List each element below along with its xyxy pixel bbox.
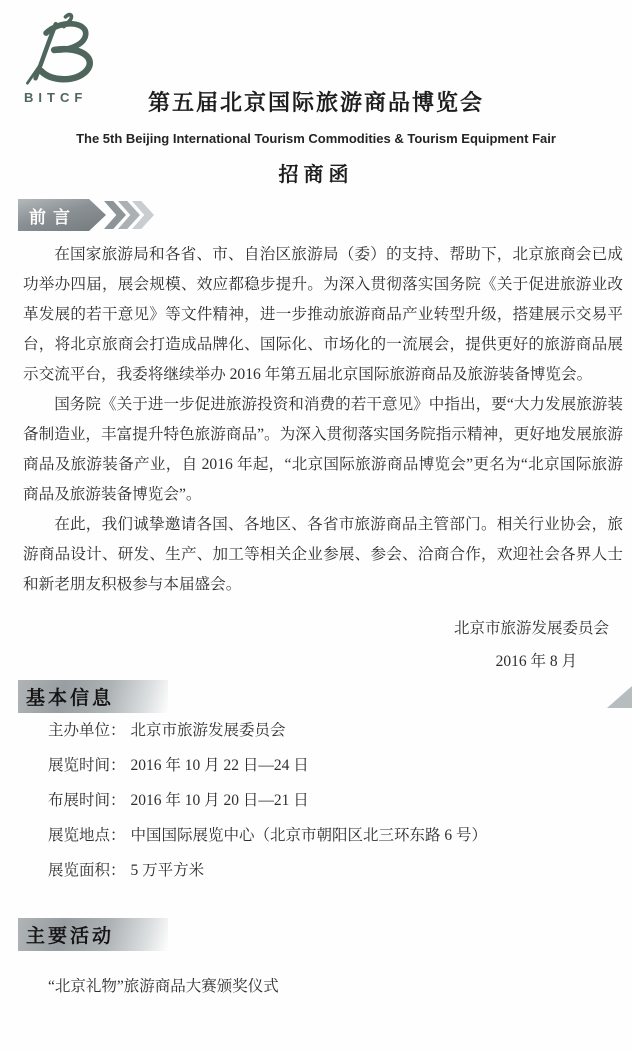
info-row-setup-time: 布展时间：2016 年 10 月 20 日—21 日: [48, 783, 487, 818]
signature-date: 2016 年 8 月: [23, 645, 623, 678]
info-row-organizer: 主办单位：北京市旅游发展委员会: [48, 713, 487, 748]
info-value: 2016 年 10 月 20 日—21 日: [131, 792, 309, 809]
signature-block: 北京市旅游发展委员会 2016 年 8 月: [23, 612, 623, 678]
preface-body: 在国家旅游局和各省、市、自治区旅游局（委）的支持、帮助下，北京旅商会已成功举办四…: [23, 240, 623, 678]
preface-paragraph-1: 在国家旅游局和各省、市、自治区旅游局（委）的支持、帮助下，北京旅商会已成功举办四…: [23, 240, 623, 390]
document-page: BITCF 第五届北京国际旅游商品博览会 The 5th Beijing Int…: [0, 0, 632, 1050]
info-label: 布展时间：: [48, 792, 126, 809]
preface-section-banner: 前言: [18, 199, 154, 231]
corner-triangle-decoration: [607, 686, 632, 708]
info-value: 5 万平方米: [131, 862, 205, 879]
info-row-area: 展览面积：5 万平方米: [48, 853, 487, 888]
info-label: 展览地点：: [48, 827, 126, 844]
basic-info-heading: 基本信息: [26, 683, 114, 710]
page-title-english: The 5th Beijing International Tourism Co…: [0, 131, 632, 146]
bitcf-logo-icon: [18, 12, 100, 88]
preface-heading-ribbon: 前言: [18, 199, 106, 231]
basic-info-section-banner: 基本信息: [18, 680, 168, 713]
activities-heading: 主要活动: [26, 921, 114, 948]
info-value: 2016 年 10 月 22 日—24 日: [131, 757, 309, 774]
info-label: 展览面积：: [48, 862, 126, 879]
info-label: 展览时间：: [48, 757, 126, 774]
info-value: 中国国际展览中心（北京市朝阳区北三环东路 6 号）: [131, 827, 488, 844]
activities-section-banner: 主要活动: [18, 918, 168, 951]
basic-info-list: 主办单位：北京市旅游发展委员会 展览时间：2016 年 10 月 22 日—24…: [48, 713, 487, 888]
activity-item: “北京礼物”旅游商品大赛颁奖仪式: [48, 974, 279, 996]
page-title-chinese: 第五届北京国际旅游商品博览会: [0, 86, 632, 117]
preface-paragraph-2: 国务院《关于进一步促进旅游投资和消费的若干意见》中指出，要“大力发展旅游装备制造…: [23, 390, 623, 510]
preface-paragraph-3: 在此，我们诚挚邀请各国、各地区、各省市旅游商品主管部门。相关行业协会，旅游商品设…: [23, 510, 623, 600]
info-row-exhibition-time: 展览时间：2016 年 10 月 22 日—24 日: [48, 748, 487, 783]
info-row-venue: 展览地点：中国国际展览中心（北京市朝阳区北三环东路 6 号）: [48, 818, 487, 853]
preface-heading: 前言: [29, 203, 77, 228]
info-label: 主办单位：: [48, 722, 126, 739]
signature-organization: 北京市旅游发展委员会: [23, 612, 623, 645]
info-value: 北京市旅游发展委员会: [131, 722, 286, 739]
subtitle-invitation-letter: 招商函: [0, 158, 632, 187]
